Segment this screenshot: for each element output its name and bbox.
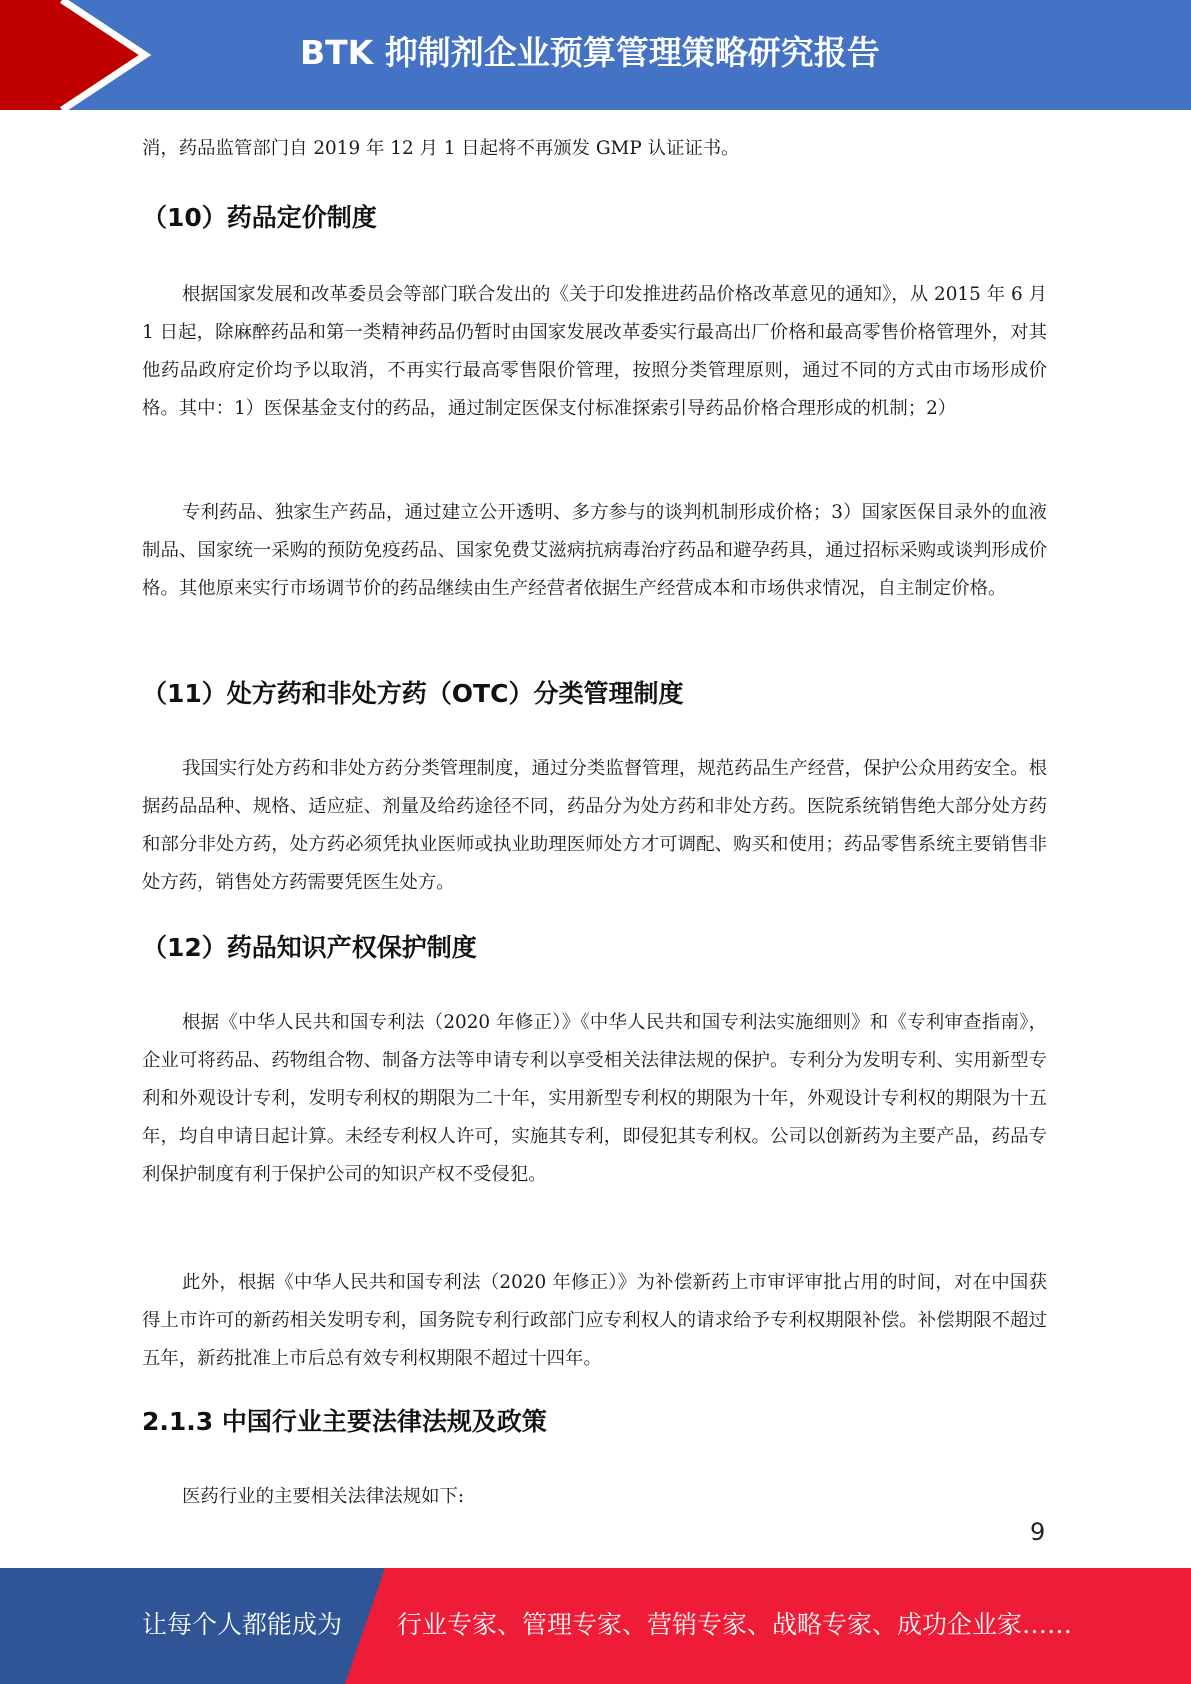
report-title: BTK 抑制剂企业预算管理策略研究报告 [300, 28, 880, 78]
section-heading-10: （10）药品定价制度 [142, 198, 1047, 238]
section-heading-12: （12）药品知识产权保护制度 [142, 928, 1047, 968]
paragraph-otc: 我国实行处方药和非处方药分类管理制度，通过分类监督管理，规范药品生产经营，保护公… [142, 750, 1047, 902]
section-heading-11: （11）处方药和非处方药（OTC）分类管理制度 [142, 674, 1047, 714]
page-header: BTK 抑制剂企业预算管理策略研究报告 [0, 0, 1191, 110]
footer-slogan-right: 行业专家、管理专家、营销专家、战略专家、成功企业家…… [397, 1608, 1072, 1642]
paragraph-laws-intro: 医药行业的主要相关法律法规如下: [142, 1478, 1047, 1516]
page-number: 9 [1030, 1518, 1045, 1546]
section-heading-2-1-3: 2.1.3 中国行业主要法律法规及政策 [142, 1402, 1047, 1442]
paragraph-pricing-1: 根据国家发展和改革委员会等部门联合发出的《关于印发推进药品价格改革意见的通知》，… [142, 276, 1047, 428]
paragraph-ip-1: 根据《中华人民共和国专利法（2020 年修正）》《中华人民共和国专利法实施细则》… [142, 1004, 1047, 1194]
red-chevron-icon [0, 0, 160, 110]
paragraph-pricing-2: 专利药品、独家生产药品，通过建立公开透明、多方参与的谈判机制形成价格；3）国家医… [142, 494, 1047, 608]
footer-slogan-left: 让每个人都能成为 [142, 1608, 342, 1642]
paragraph-ip-2: 此外，根据《中华人民共和国专利法（2020 年修正）》为补偿新药上市审评审批占用… [142, 1264, 1047, 1378]
continued-paragraph: 消，药品监管部门自 2019 年 12 月 1 日起将不再颁发 GMP 认证证书… [142, 130, 1047, 168]
page-footer: 让每个人都能成为 行业专家、管理专家、营销专家、战略专家、成功企业家…… [0, 1568, 1191, 1684]
